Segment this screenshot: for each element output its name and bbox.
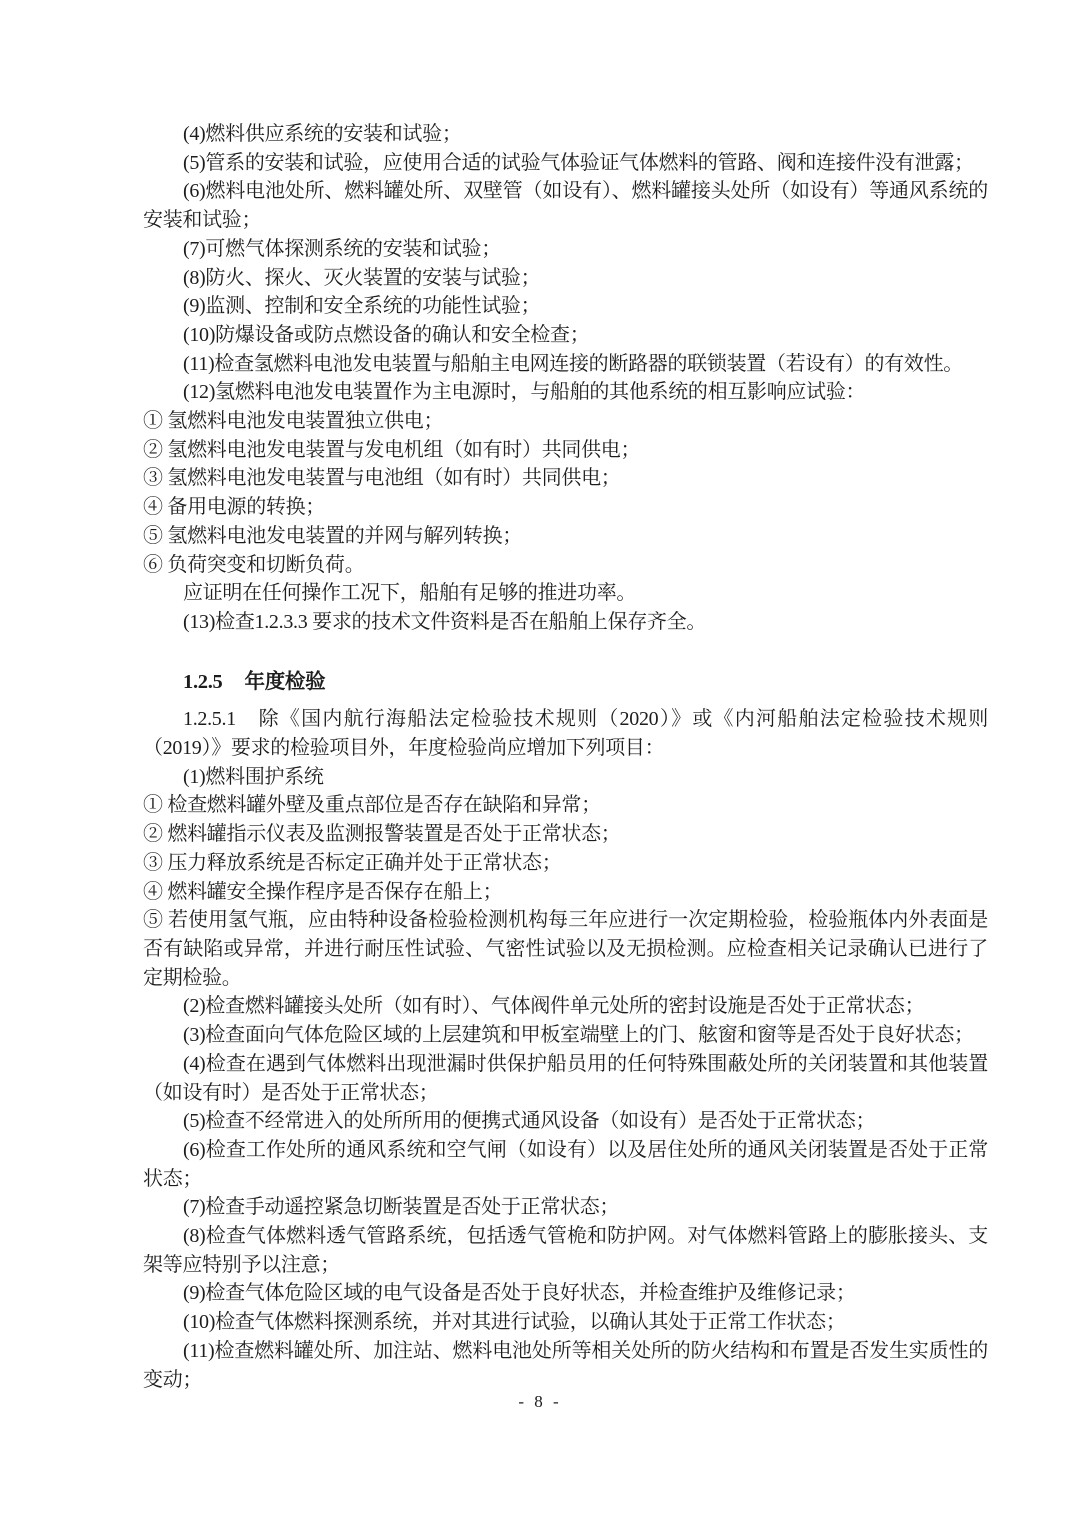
doc-paragraph: (2)检查燃料罐接头处所（如有时）、气体阀件单元处所的密封设施是否处于正常状态； [143,992,988,1021]
doc-paragraph: (11)检查燃料罐处所、加注站、燃料电池处所等相关处所的防火结构和布置是否发生实… [143,1337,988,1394]
doc-paragraph: (12)氢燃料电池发电装置作为主电源时，与船舶的其他系统的相互影响应试验： [143,378,988,407]
doc-sub-item: ② 燃料罐指示仪表及监测报警装置是否处于正常状态； [143,820,988,849]
doc-paragraph: (8)检查气体燃料透气管路系统，包括透气管桅和防护网。对气体燃料管路上的膨胀接头… [143,1222,988,1279]
section-title: 年度检验 [245,671,326,693]
section-heading: 1.2.5年度检验 [143,668,988,697]
doc-paragraph: (6)燃料电池处所、燃料罐处所、双壁管（如设有）、燃料罐接头处所（如设有）等通风… [143,177,988,234]
section-number: 1.2.5 [183,671,223,693]
doc-sub-item: ④ 备用电源的转换； [143,493,988,522]
doc-sub-item: ① 氢燃料电池发电装置独立供电； [143,407,988,436]
doc-paragraph: (6)检查工作处所的通风系统和空气闸（如设有）以及居住处所的通风关闭装置是否处于… [143,1136,988,1193]
doc-paragraph: (7)可燃气体探测系统的安装和试验； [143,235,988,264]
doc-paragraph: (7)检查手动遥控紧急切断装置是否处于正常状态； [143,1193,988,1222]
doc-paragraph: (4)燃料供应系统的安装和试验； [143,120,988,149]
doc-paragraph: (11)检查氢燃料电池发电装置与船舶主电网连接的断路器的联锁装置（若设有）的有效… [143,350,988,379]
doc-sub-item: ③ 压力释放系统是否标定正确并处于正常状态； [143,849,988,878]
doc-paragraph: (10)防爆设备或防点燃设备的确认和安全检查； [143,321,988,350]
doc-paragraph: (9)检查气体危险区域的电气设备是否处于良好状态，并检查维护及维修记录； [143,1279,988,1308]
doc-sub-item: ⑤ 若使用氢气瓶，应由特种设备检验检测机构每三年应进行一次定期检验，检验瓶体内外… [143,906,988,992]
doc-sub-item: ⑤ 氢燃料电池发电装置的并网与解列转换； [143,522,988,551]
doc-paragraph: (3)检查面向气体危险区域的上层建筑和甲板室端壁上的门、舷窗和窗等是否处于良好状… [143,1021,988,1050]
document-page: (4)燃料供应系统的安装和试验； (5)管系的安装和试验，应使用合适的试验气体验… [0,0,1080,1528]
doc-paragraph: (8)防火、探火、灭火装置的安装与试验； [143,264,988,293]
doc-paragraph: (10)检查气体燃料探测系统，并对其进行试验，以确认其处于正常工作状态； [143,1308,988,1337]
doc-paragraph: (1)燃料围护系统 [143,763,988,792]
doc-sub-item: ⑥ 负荷突变和切断负荷。 [143,551,988,580]
document-body: (4)燃料供应系统的安装和试验； (5)管系的安装和试验，应使用合适的试验气体验… [143,120,988,1394]
doc-paragraph: (5)检查不经常进入的处所所用的便携式通风设备（如设有）是否处于正常状态； [143,1107,988,1136]
doc-paragraph: (4)检查在遇到气体燃料出现泄漏时供保护船员用的任何特殊围蔽处所的关闭装置和其他… [143,1050,988,1107]
doc-sub-item: ④ 燃料罐安全操作程序是否保存在船上； [143,878,988,907]
doc-paragraph: (5)管系的安装和试验，应使用合适的试验气体验证气体燃料的管路、阀和连接件没有泄… [143,149,988,178]
doc-sub-item: ② 氢燃料电池发电装置与发电机组（如有时）共同供电； [143,436,988,465]
doc-sub-item: ① 检查燃料罐外壁及重点部位是否存在缺陷和异常； [143,791,988,820]
doc-paragraph: (9)监测、控制和安全系统的功能性试验； [143,292,988,321]
doc-paragraph: 应证明在任何操作工况下，船舶有足够的推进功率。 [143,579,988,608]
page-number: - 8 - [0,1392,1080,1412]
doc-paragraph: 1.2.5.1 除《国内航行海船法定检验技术规则（2020）》或《内河船舶法定检… [143,705,988,762]
doc-sub-item: ③ 氢燃料电池发电装置与电池组（如有时）共同供电； [143,464,988,493]
doc-paragraph: (13)检查1.2.3.3 要求的技术文件资料是否在船舶上保存齐全。 [143,608,988,637]
